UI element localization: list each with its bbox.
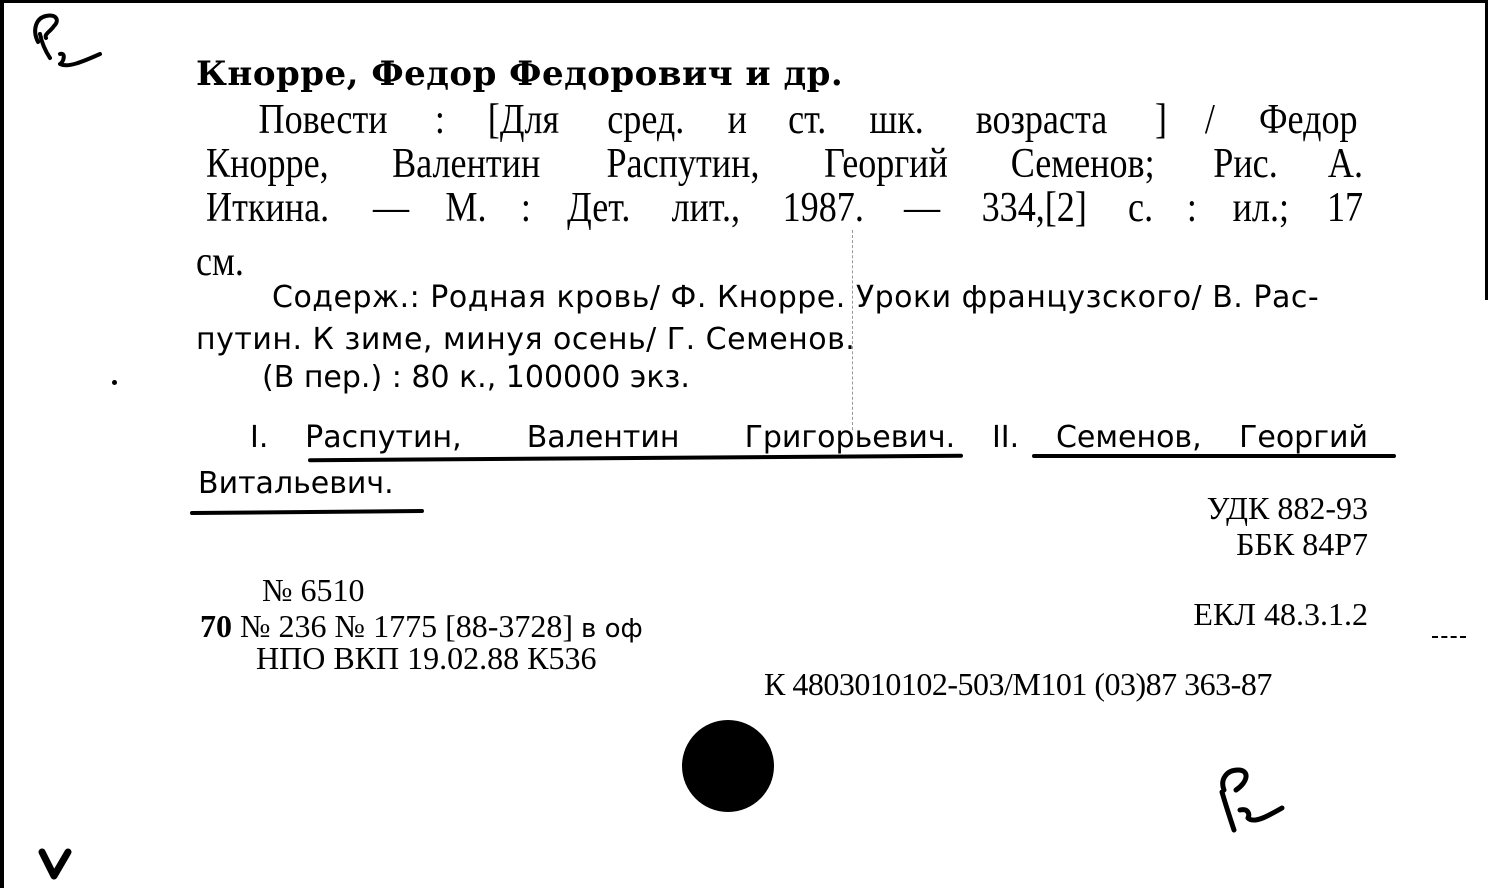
added-entries-line-2: Витальевич. [198, 466, 394, 501]
print-info-lead: 70 [200, 608, 232, 644]
title-word: М. [445, 184, 486, 232]
added-entry-2: Семенов,Георгий [1056, 420, 1368, 455]
contents-note-line-1: Содерж.: Родная кровь/ Ф. Кнорре. Уроки … [272, 280, 1319, 315]
title-word: сред. [607, 96, 684, 144]
handwritten-mark-icon [24, 12, 114, 82]
title-word: 1987. [783, 184, 864, 232]
title-word: возраста [975, 96, 1107, 144]
title-word: с. [1128, 184, 1153, 232]
entry-word: Семенов, [1056, 420, 1202, 455]
title-word: Повести [259, 96, 388, 144]
contents-note-line-2: путин. К зиме, минуя осень/ Г. Семенов. [196, 322, 855, 357]
title-word: Рис. [1214, 140, 1278, 188]
print-info-line-3: НПО ВКП 19.02.88 К536 [256, 640, 596, 677]
title-word: ил.; [1233, 184, 1289, 232]
title-word: : [435, 96, 445, 144]
title-line-2: Кнорре,ВалентинРаспутин,ГеоргийСеменов;Р… [196, 140, 1366, 188]
title-word: ст. [788, 96, 826, 144]
entry-word: Георгий [1239, 420, 1368, 455]
price-print-run: (В пер.) : 80 к., 100000 экз. [262, 360, 690, 395]
title-word: : [1187, 184, 1197, 232]
underline-mark [1032, 454, 1396, 458]
title-word: Семенов; [1011, 140, 1155, 188]
ekl-code: ЕКЛ 48.3.1.2 [1193, 596, 1368, 633]
title-line-3: Иткина.—М.:Дет.лит.,1987.—334,[2]с.:ил.;… [196, 184, 1366, 232]
catalog-number: К 4803010102-503/М101 (03)87 363-87 [764, 666, 1272, 703]
title-word: Валентин [392, 140, 540, 188]
entry-word: Распутин, [305, 420, 461, 455]
ink-dot [112, 380, 117, 385]
ink-dash [1432, 636, 1466, 640]
title-word: — [904, 184, 940, 232]
added-entry-1: Распутин,ВалентинГригорьевич. [305, 420, 955, 455]
title-word: / [1204, 96, 1214, 144]
added-entries-line-1: I. Распутин,ВалентинГригорьевич. II. Сем… [250, 420, 1368, 455]
title-word: 334,[2] [982, 184, 1087, 232]
title-word: 17 [1327, 184, 1363, 232]
title-word: : [521, 184, 531, 232]
author-heading: Кнорре, Федор Федорович и др. [196, 54, 843, 94]
catalog-card: Кнорре, Федор Федорович и др. Повести:[Д… [0, 0, 1488, 888]
bbk-code: ББК 84Р7 [1236, 526, 1368, 563]
title-word: Георгий [824, 140, 948, 188]
title-word: [Для [488, 96, 559, 144]
card-border-left [0, 0, 4, 888]
card-border-top [0, 0, 1488, 3]
underline-mark [190, 509, 424, 515]
print-info-line-1: № 6510 [262, 572, 365, 609]
print-info-numbers: № 236 № 1775 [88-3728] [240, 608, 573, 644]
handwritten-mark-icon [1210, 766, 1300, 846]
entry-word: Валентин [527, 420, 680, 455]
added-entry-roman-2: II. [992, 420, 1019, 455]
entry-word: Григорьевич. [745, 420, 956, 455]
udk-code: УДК 882-93 [1207, 490, 1368, 527]
added-entry-roman-1: I. [250, 420, 268, 455]
title-word: и [728, 96, 747, 144]
title-word: Иткина. [206, 184, 329, 232]
title-line-4: см. [196, 238, 244, 286]
punch-hole [682, 720, 774, 812]
title-word: ] [1155, 96, 1167, 144]
title-word: А. [1328, 140, 1363, 188]
title-word: Распутин, [607, 140, 760, 188]
title-line-1: Повести:[Длясред.ист.шк.возраста]/Федор [248, 96, 1366, 144]
title-word: Дет. [567, 184, 630, 232]
title-word: лит., [672, 184, 740, 232]
title-word: Федор [1259, 96, 1358, 144]
title-word: — [373, 184, 409, 232]
check-mark-icon [38, 848, 72, 882]
title-word: Кнорре, [206, 140, 329, 188]
title-word: шк. [870, 96, 924, 144]
